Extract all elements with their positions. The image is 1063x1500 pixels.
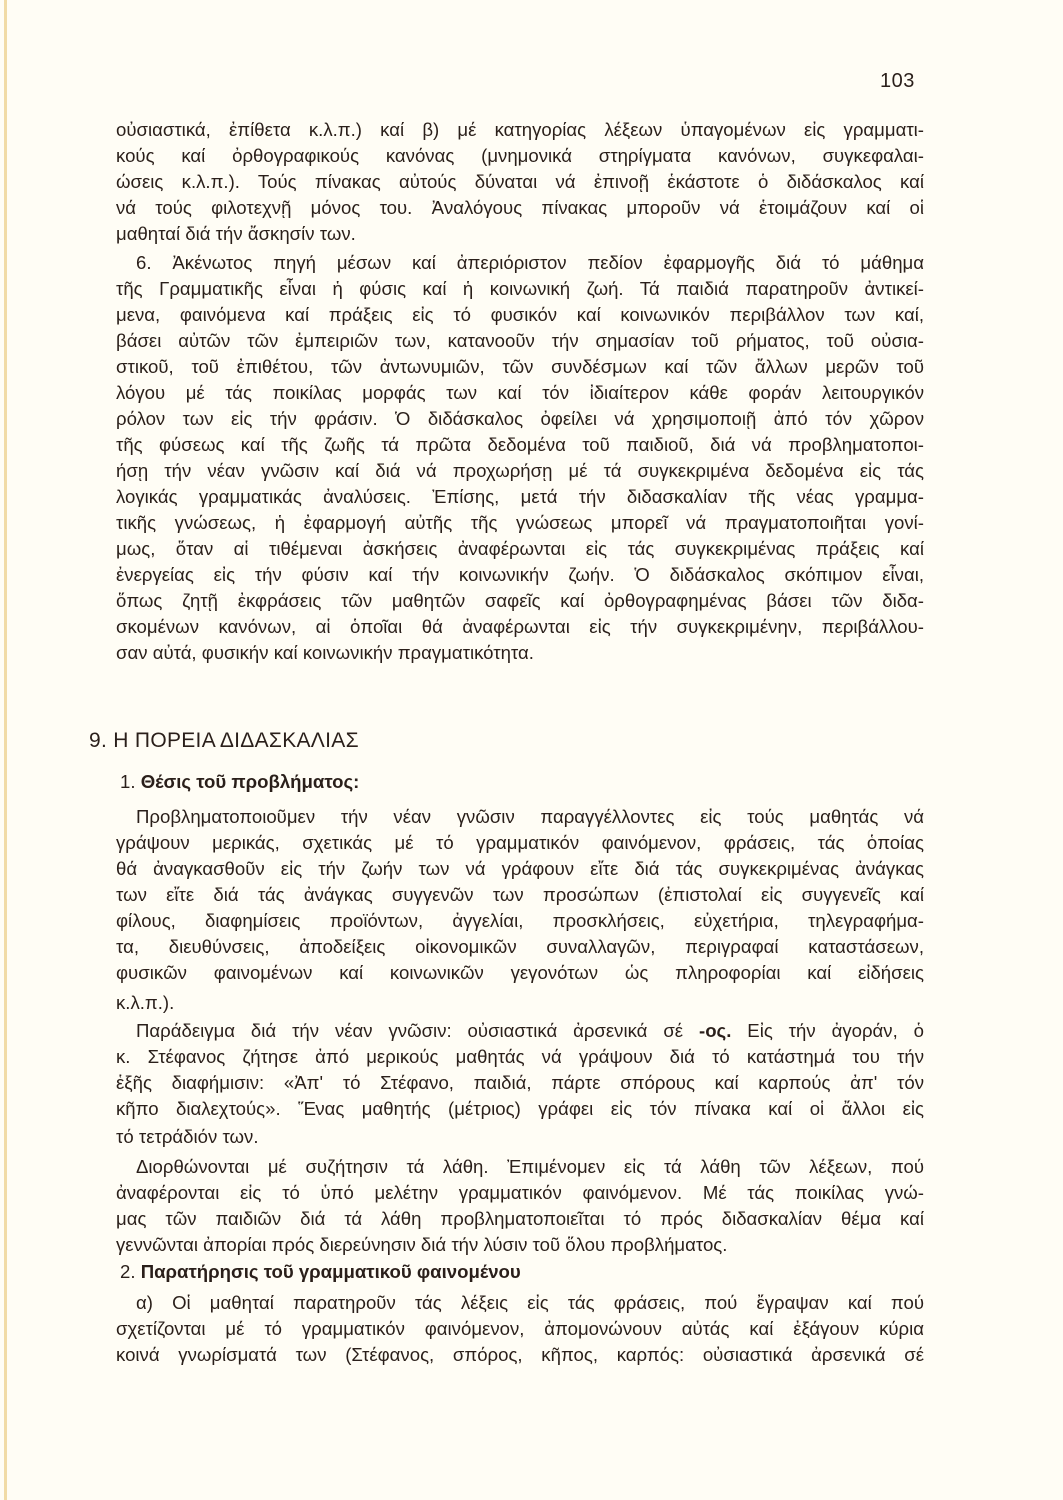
text-line: Παράδειγμα διά τήν νέαν γνῶσιν: οὐσιαστι… <box>136 1018 924 1044</box>
text-line: κ. Στέφανος ζήτησε ἀπό μερικούς μαθητάς … <box>116 1044 924 1070</box>
text-line: ήσῃ τήν νέαν γνῶσιν καί διά νά προχωρήσῃ… <box>116 458 924 484</box>
text-line: σχετίζονται μέ τό γραμματικόν φαινόμενον… <box>116 1316 924 1342</box>
text-line: 6. Ἀκένωτος πηγή μέσων καί ἀπεριόριστον … <box>136 250 924 276</box>
subsection-heading-2: 2. Παρατήρησις τοῦ γραμματικοῦ φαινομένο… <box>120 1261 521 1283</box>
text-line: τικῆς γνώσεως, ἡ ἐφαρμογή αὐτῆς τῆς γνώσ… <box>116 510 924 536</box>
text-line: τῆς Γραμματικῆς εἶναι ἡ φύσις καί ἡ κοιν… <box>116 276 924 302</box>
text-line: νά τούς φιλοτεχνῇ μόνος του. Ἀναλόγους π… <box>116 195 924 221</box>
text-line: λόγου μέ τάς ποικίλας μορφάς των καί τόν… <box>116 380 924 406</box>
text-line: φυσικῶν φαινομένων καί κοινωνικῶν γεγονό… <box>116 960 924 986</box>
suffix-example: -ος. <box>699 1020 731 1041</box>
text-line: ὅπως ζητῇ ἐκφράσεις τῶν μαθητῶν σαφεῖς κ… <box>116 588 924 614</box>
text-line: α) Οἱ μαθηταί παρατηροῦν τάς λέξεις εἰς … <box>136 1290 924 1316</box>
text-line: μας τῶν παιδιῶν διά τά λάθη προβληματοπο… <box>116 1206 924 1232</box>
text-line: στικοῦ, τοῦ ἐπιθέτου, τῶν ἀντωνυμιῶν, τῶ… <box>116 354 924 380</box>
text-line: γράψουν μερικάς, σχετικάς μέ τό γραμματι… <box>116 830 924 856</box>
text-line: θά ἀναγκασθοῦν εἰς τήν ζωήν των νά γράφο… <box>116 856 924 882</box>
text-line: ἑξῆς διαφήμισιν: «Ἀπ' τό Στέφανο, παιδιά… <box>116 1070 924 1096</box>
text-line: τό τετράδιόν των. <box>116 1124 924 1150</box>
text-line: τῆς φύσεως καί τῆς ζωῆς τά πρῶτα δεδομέν… <box>116 432 924 458</box>
text-line: λογικάς γραμματικάς ἀναλύσεις. Ἐπίσης, μ… <box>116 484 924 510</box>
subsection-title: Θέσις τοῦ προβλήματος: <box>141 771 360 792</box>
text-line: ώσεις κ.λ.π.). Τούς πίνακας αὐτούς δύνατ… <box>116 169 924 195</box>
text-line: κούς καί ὀρθογραφικούς κανόνας (μνημονικ… <box>116 143 924 169</box>
page-number: 103 <box>880 70 915 93</box>
text-line: Διορθώνονται μέ συζήτησιν τά λάθη. Ἐπιμέ… <box>136 1154 924 1180</box>
text-line: κ.λ.π.). <box>116 990 924 1016</box>
text-line: Προβληματοποιοῦμεν τήν νέαν γνῶσιν παραγ… <box>136 804 924 830</box>
text-span: Παράδειγμα διά τήν νέαν γνῶσιν: οὐσιαστι… <box>136 1020 699 1041</box>
text-line: ἐνεργείας εἰς τήν φύσιν καί τήν κοινωνικ… <box>116 562 924 588</box>
section-heading: 9. Η ΠΟΡΕΙΑ ΔΙΔΑΣΚΑΛΙΑΣ <box>89 729 359 753</box>
text-line: σκομένων κανόνων, αἱ ὁποῖαι θά ἀναφέρωντ… <box>116 614 924 640</box>
text-line: κοινά γνωρίσματά των (Στέφανος, σπόρος, … <box>116 1342 924 1368</box>
subsection-heading-1: 1. Θέσις τοῦ προβλήματος: <box>120 771 359 793</box>
text-line: γεννῶνται ἀπορίαι πρός διερεύνησιν διά τ… <box>116 1232 924 1258</box>
text-span: Εἰς τήν ἀγοράν, ὁ <box>731 1020 924 1041</box>
subsection-title: Παρατήρησις τοῦ γραμματικοῦ φαινομένου <box>141 1261 521 1282</box>
text-line: οὐσιαστικά, ἐπίθετα κ.λ.π.) καί β) μέ κα… <box>116 117 924 143</box>
page-edge <box>4 0 7 1500</box>
text-line: σαν αὐτά, φυσικήν καί κοινωνικήν πραγματ… <box>116 640 924 666</box>
text-line: ρόλον των εἰς τήν φράσιν. Ὁ διδάσκαλος ὀ… <box>116 406 924 432</box>
text-line: φίλους, διαφημίσεις προϊόντων, ἀγγελίαι,… <box>116 908 924 934</box>
text-line: μενα, φαινόμενα καί πράξεις εἰς τό φυσικ… <box>116 302 924 328</box>
text-line: μως, ὅταν αἱ τιθέμεναι ἀσκήσεις ἀναφέρων… <box>116 536 924 562</box>
subsection-number: 1. <box>120 771 136 792</box>
text-line: των εἴτε διά τάς ἀνάγκας συγγενῶν των πρ… <box>116 882 924 908</box>
text-line: τα, διευθύνσεις, ἀποδείξεις οἰκονομικῶν … <box>116 934 924 960</box>
text-line: μαθηταί διά τήν ἄσκησίν των. <box>116 221 924 247</box>
text-line: κῆπο διαλεχτούς». Ἕνας μαθητής (μέτριος)… <box>116 1096 924 1122</box>
subsection-number: 2. <box>120 1261 136 1282</box>
text-line: ἀναφέρονται εἰς τό ὑπό μελέτην γραμματικ… <box>116 1180 924 1206</box>
text-line: βάσει αὐτῶν τῶν ἐμπειριῶν των, κατανοοῦν… <box>116 328 924 354</box>
